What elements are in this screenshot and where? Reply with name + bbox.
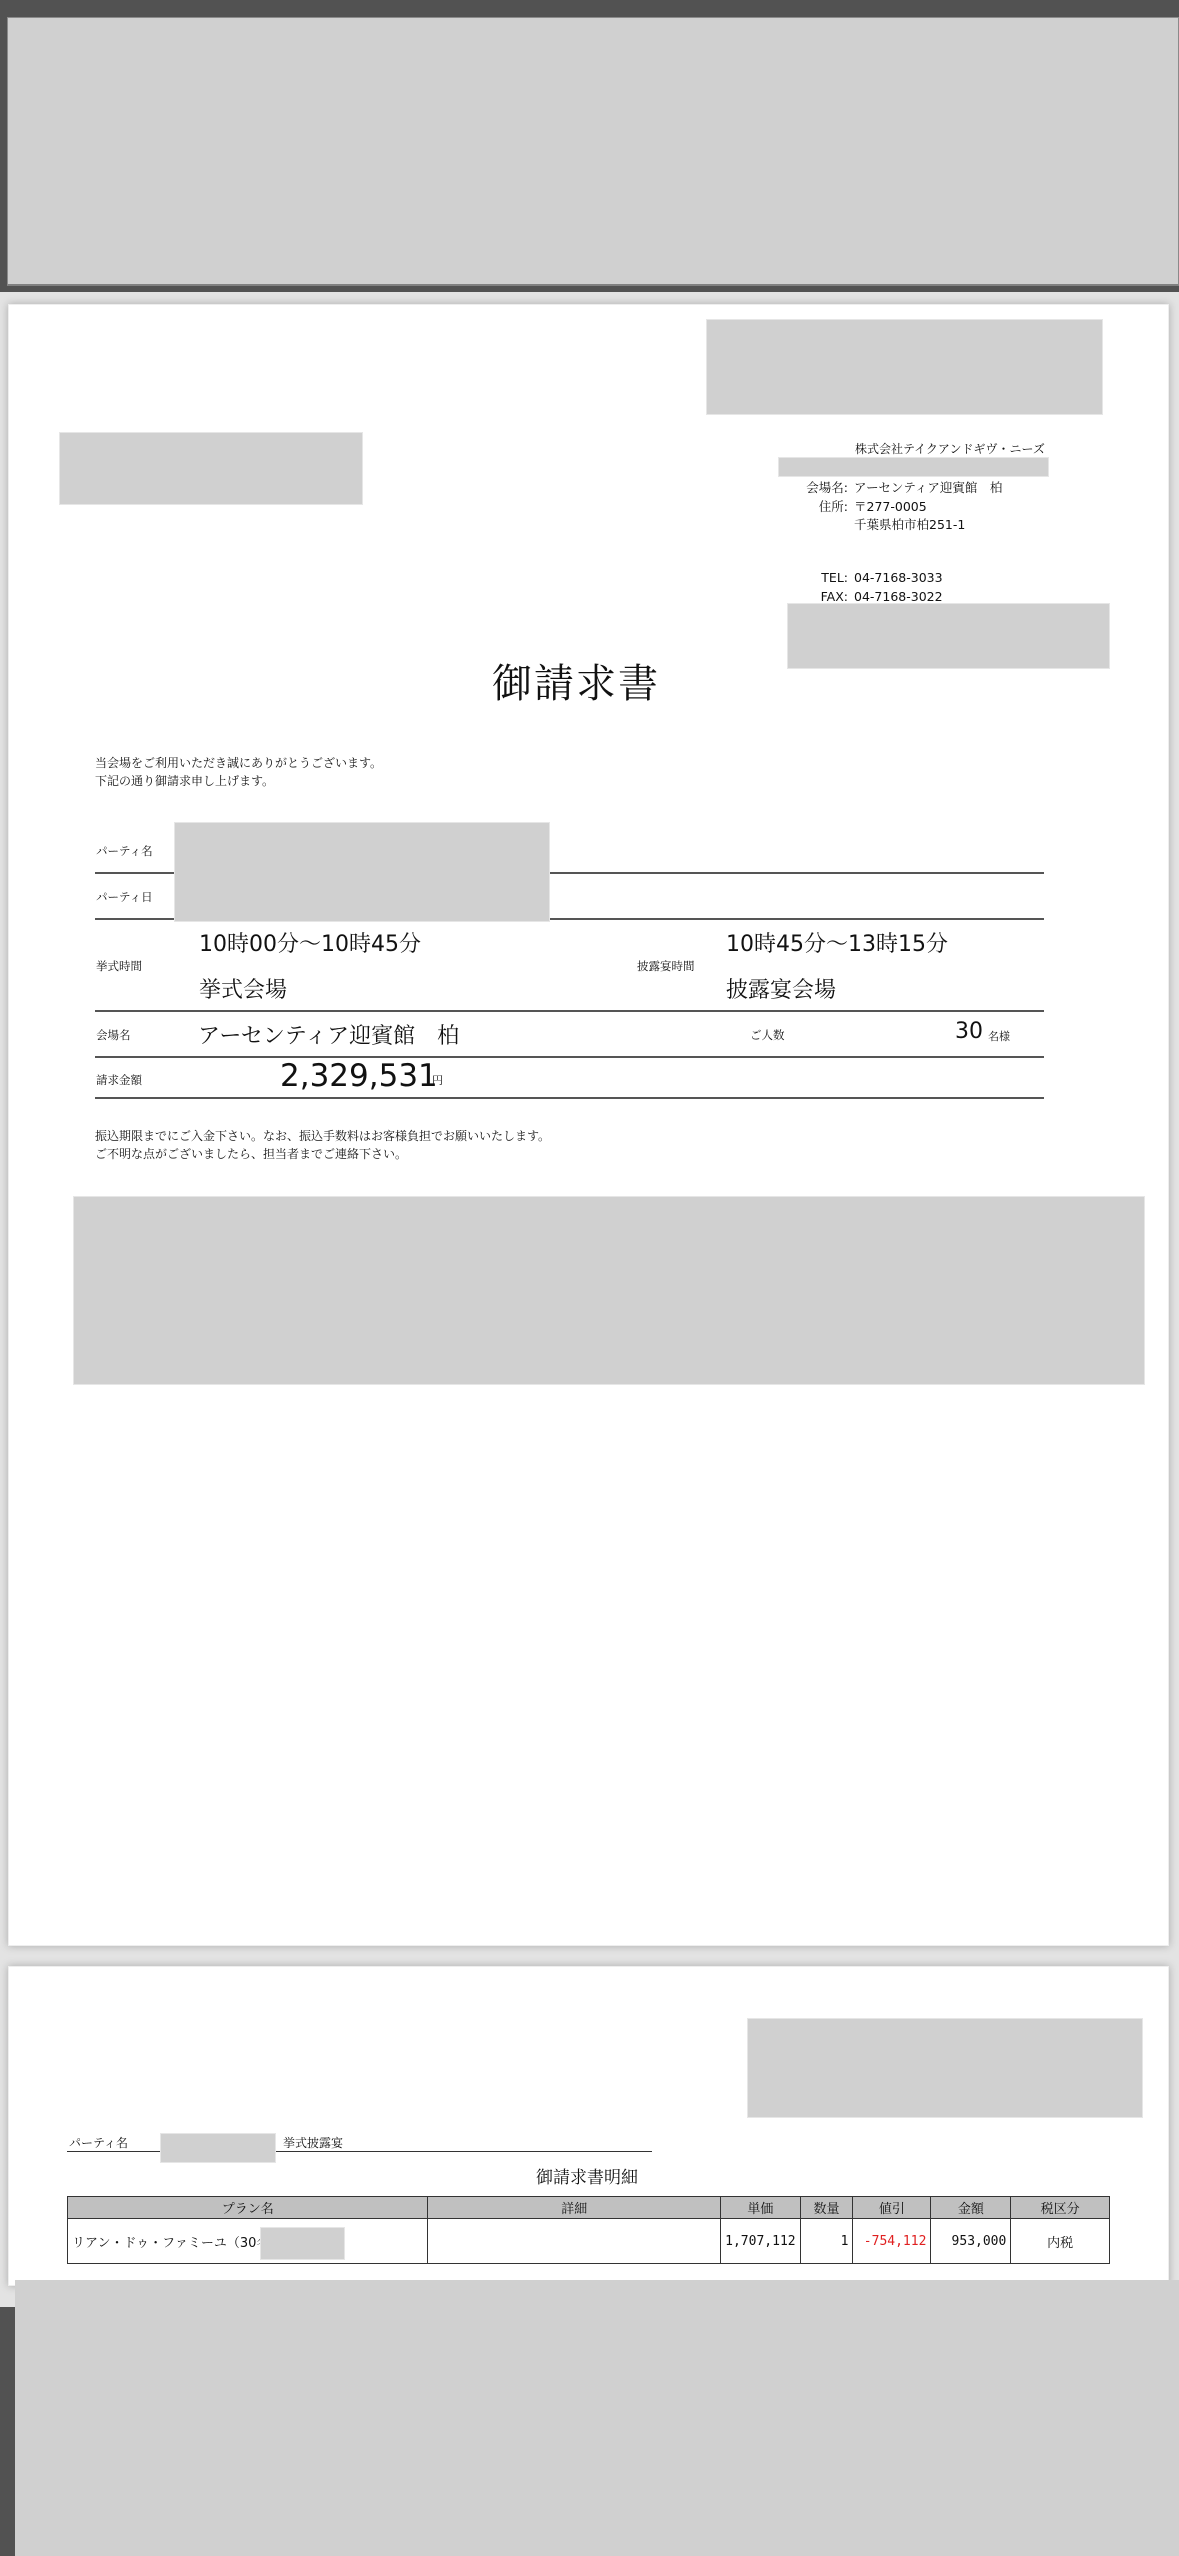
party-date-label: パーティ日 — [96, 889, 153, 905]
guests-label: ご人数 — [750, 1027, 785, 1043]
redacted-block — [174, 822, 550, 922]
amount-value: 2,329,531 — [280, 1058, 438, 1094]
divider — [95, 1010, 1044, 1012]
party-name-label: パーティ名 — [96, 843, 153, 859]
redacted-block — [15, 2280, 1179, 2556]
redacted-block — [747, 2018, 1143, 2118]
column-header: 金額 — [931, 2197, 1011, 2219]
issuer-fax: FAX:04-7168-3022 — [793, 589, 943, 604]
party-type: 挙式披露宴 — [283, 2134, 343, 2151]
guests-unit: 名様 — [988, 1028, 1010, 1044]
payment-notes: 振込期限までにご入金下さい。なお、振込手数料はお客様負担でお願いいたします。 ご… — [95, 1127, 550, 1163]
issuer-venue-value: アーセンティア迎賓館 柏 — [854, 480, 1002, 495]
note-line: ご不明な点がございましたら、担当者までご連絡下さい。 — [95, 1145, 550, 1163]
column-header: 単価 — [721, 2197, 800, 2219]
redacted-block — [706, 319, 1103, 415]
issuer-venue: 会場名:アーセンティア迎賓館 柏 — [793, 478, 1002, 496]
greeting-line: 下記の通り御請求申し上げます。 — [95, 772, 382, 790]
details-title: 御請求書明細 — [536, 2163, 638, 2188]
reception-place: 披露宴会場 — [726, 973, 836, 1004]
issuer-fax-label: FAX: — [793, 589, 848, 604]
unit-price-cell: 1,707,112 — [721, 2219, 800, 2264]
column-header: 詳細 — [428, 2197, 721, 2219]
plan-name: リアン・ドゥ・ファミーユ（30名／ — [72, 2236, 282, 2251]
party-name-label: パーティ名 — [69, 2134, 128, 2151]
issuer-address-label: 住所: — [793, 497, 848, 515]
party-name-line: パーティ名 挙式披露宴 — [67, 2130, 652, 2152]
divider — [95, 1097, 1044, 1099]
table-header-row: プラン名 詳細 単価 数量 値引 金額 税区分 — [68, 2197, 1110, 2219]
invoice-page-1 — [8, 304, 1169, 1946]
issuer-company: 株式会社テイクアンドギヴ・ニーズ — [855, 440, 1045, 457]
divider — [95, 1056, 1044, 1058]
greeting-line: 当会場をご利用いただき誠にありがとうございます。 — [95, 754, 382, 772]
tax-cell: 内税 — [1011, 2219, 1110, 2264]
redacted-block — [160, 2133, 276, 2163]
viewer-bottom-edge — [0, 2307, 15, 2556]
redacted-block — [778, 457, 1049, 477]
discount-cell: -754,112 — [853, 2219, 931, 2264]
issuer-tel: TEL:04-7168-3033 — [793, 570, 943, 585]
amount-label: 請求金額 — [96, 1072, 142, 1088]
issuer-fax-value: 04-7168-3022 — [854, 589, 943, 604]
greeting-text: 当会場をご利用いただき誠にありがとうございます。 下記の通り御請求申し上げます。 — [95, 754, 382, 790]
redacted-block — [7, 17, 1179, 286]
document-title: 御請求書 — [0, 652, 1152, 709]
detail-cell — [428, 2219, 721, 2264]
issuer-postal: 〒277-0005 — [854, 499, 927, 514]
amount-cell: 953,000 — [931, 2219, 1011, 2264]
table-row: リアン・ドゥ・ファミーユ（30名／ 1,707,112 1 -754,112 9… — [68, 2219, 1110, 2264]
redacted-block — [73, 1196, 1145, 1385]
column-header: プラン名 — [68, 2197, 428, 2219]
ceremony-time-label: 挙式時間 — [96, 958, 142, 974]
reception-time: 10時45分～13時15分 — [726, 927, 948, 958]
column-header: 値引 — [853, 2197, 931, 2219]
issuer-address: 住所:〒277-0005 — [793, 497, 927, 515]
ceremony-time: 10時00分～10時45分 — [199, 927, 421, 958]
issuer-address-line: 千葉県柏市柏251-1 — [854, 515, 965, 533]
guests-value: 30 — [955, 1019, 983, 1044]
column-header: 税区分 — [1011, 2197, 1110, 2219]
reception-time-label: 披露宴時間 — [637, 958, 695, 974]
ceremony-place: 挙式会場 — [199, 973, 287, 1004]
quantity-cell: 1 — [800, 2219, 853, 2264]
redacted-block — [59, 432, 363, 505]
issuer-tel-value: 04-7168-3033 — [854, 570, 943, 585]
details-table: プラン名 詳細 単価 数量 値引 金額 税区分 リアン・ドゥ・ファミーユ（30名… — [67, 2196, 1110, 2264]
venue-label: 会場名 — [96, 1027, 131, 1043]
issuer-venue-label: 会場名: — [793, 478, 848, 496]
redacted-block — [260, 2227, 345, 2260]
column-header: 数量 — [800, 2197, 853, 2219]
note-line: 振込期限までにご入金下さい。なお、振込手数料はお客様負担でお願いいたします。 — [95, 1127, 550, 1145]
plan-cell: リアン・ドゥ・ファミーユ（30名／ — [68, 2219, 428, 2264]
issuer-tel-label: TEL: — [793, 570, 848, 585]
viewer-top-bar — [0, 0, 1179, 292]
amount-unit: 円 — [432, 1072, 443, 1088]
venue-value: アーセンティア迎賓館 柏 — [198, 1019, 459, 1050]
